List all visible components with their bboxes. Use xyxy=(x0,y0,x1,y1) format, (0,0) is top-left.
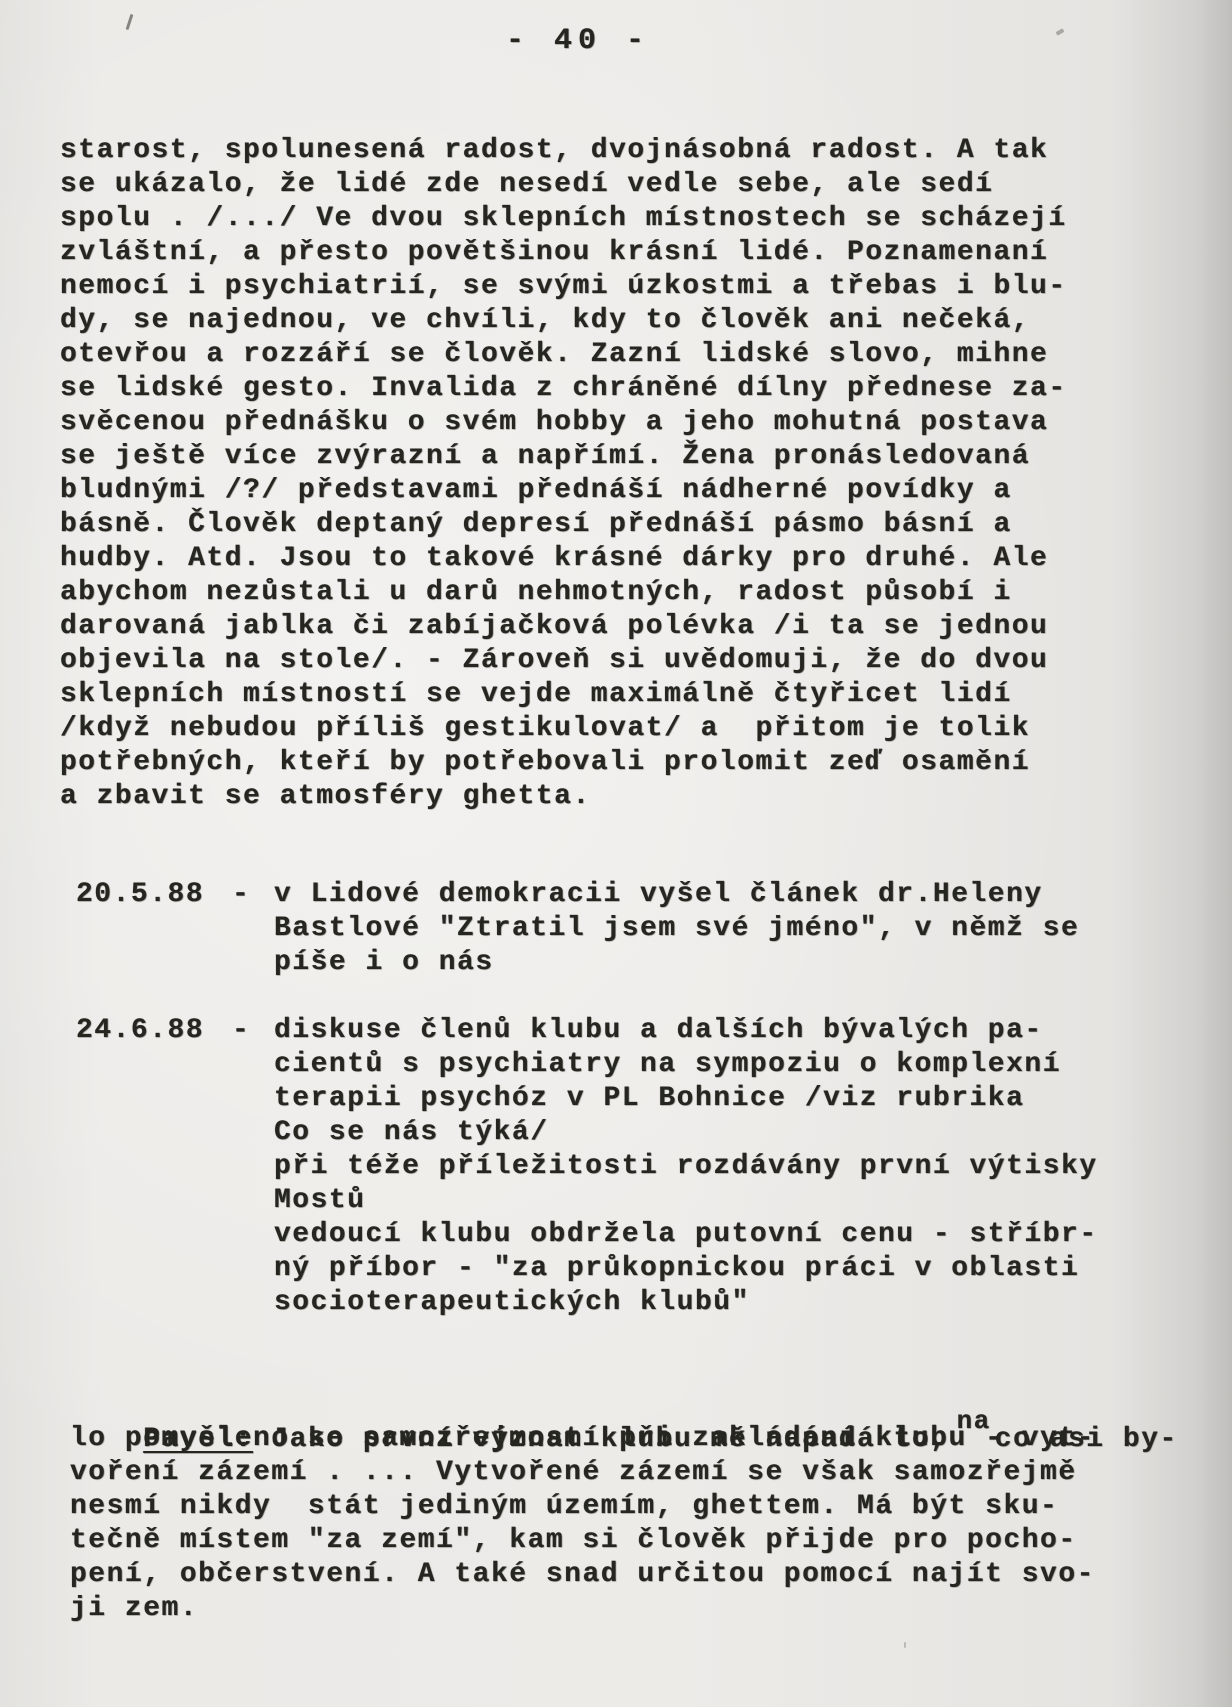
text-line: cientů s psychiatry na sympoziu o komple… xyxy=(274,1048,1136,1082)
text-line: abychom nezůstali u darů nehmotných, rad… xyxy=(60,576,1067,610)
scan-artifact xyxy=(904,1642,906,1648)
entry-body: v Lidové demokracii vyšel článek dr.Hele… xyxy=(274,878,1136,980)
main-paragraph: starost, spolunesená radost, dvojnásobná… xyxy=(60,134,1067,814)
text-line: při téže příležitosti rozdávány první vý… xyxy=(274,1150,1136,1184)
text-line: ji zem. xyxy=(70,1592,1178,1626)
text-line: terapii psychóz v PL Bohnice /viz rubrik… xyxy=(274,1082,1136,1116)
pavel-paragraph: Pavel: Jako první význam klubu mě napadá… xyxy=(70,1388,1178,1626)
text-line: socioterapeutických klubů" xyxy=(274,1286,1136,1320)
text-line: zvláštní, a přesto povětšinou krásní lid… xyxy=(60,236,1067,270)
text-line: starost, spolunesená radost, dvojnásobná… xyxy=(60,134,1067,168)
text-line: voření zázemí . ... Vytvořené zázemí se … xyxy=(70,1456,1178,1490)
text-line: hudby. Atd. Jsou to takové krásné dárky … xyxy=(60,542,1067,576)
text-line: Co se nás týká/ xyxy=(274,1116,1136,1150)
superscript-insertion: na xyxy=(949,1406,995,1436)
text-line: Bastlové "Ztratil jsem své jméno", v něm… xyxy=(274,912,1136,946)
text-line: spolu . /.../ Ve dvou sklepních místnost… xyxy=(60,202,1067,236)
text-line: objevila na stole/. - Zároveň si uvědomu… xyxy=(60,644,1067,678)
text-line: Pavel: Jako první význam klubu mě napadá… xyxy=(70,1388,1178,1422)
text-line: tečně místem "za zemí", kam si člověk př… xyxy=(70,1524,1178,1558)
text-line: Mostů xyxy=(274,1184,1136,1218)
text-line: se lidské gesto. Invalida z chráněné díl… xyxy=(60,372,1067,406)
text-line: svěcenou přednášku o svém hobby a jeho m… xyxy=(60,406,1067,440)
entry-list: 20.5.88 - v Lidové demokracii vyšel člán… xyxy=(76,878,1136,1320)
text-line: darovaná jablka či zabíjačková polévka /… xyxy=(60,610,1067,644)
text-line: potřebných, kteří by potřebovali prolomi… xyxy=(60,746,1067,780)
diary-entry: 24.6.88 - diskuse členů klubu a dalších … xyxy=(76,1014,1136,1320)
scan-artifact xyxy=(126,14,134,30)
text-line: v Lidové demokracii vyšel článek dr.Hele… xyxy=(274,878,1136,912)
text-line: ný příbor - "za průkopnickou práci v obl… xyxy=(274,1252,1136,1286)
text-line: sklepních místností se vejde maximálně č… xyxy=(60,678,1067,712)
text-line: otevřou a rozzáří se člověk. Zazní lidsk… xyxy=(60,338,1067,372)
text-line: vedoucí klubu obdržela putovní cenu - st… xyxy=(274,1218,1136,1252)
text-line: se ukázalo, že lidé zde nesedí vedle seb… xyxy=(60,168,1067,202)
entry-body: diskuse členů klubu a dalších bývalých p… xyxy=(274,1014,1136,1320)
entry-separator: - xyxy=(232,1014,274,1048)
text-line: básně. Člověk deptaný depresí přednáší p… xyxy=(60,508,1067,542)
page-number: - 40 - xyxy=(506,24,650,58)
document-page: { "colors": { "paper": "#e9e8e5", "ink":… xyxy=(0,0,1232,1707)
text-line: pení, občerstvení. A také snad určitou p… xyxy=(70,1558,1178,1592)
text-line: lo pomyšleno se samozřejmostí při zaklád… xyxy=(70,1422,1178,1456)
text-line: dy, se najednou, ve chvíli, kdy to člově… xyxy=(60,304,1067,338)
text-line: /když nebudou příliš gestikulovat/ a při… xyxy=(60,712,1067,746)
entry-date: 20.5.88 xyxy=(76,878,232,912)
diary-entry: 20.5.88 - v Lidové demokracii vyšel člán… xyxy=(76,878,1136,980)
entry-date: 24.6.88 xyxy=(76,1014,232,1048)
scan-artifact xyxy=(1056,28,1065,35)
text-line: se ještě více zvýrazní a napřímí. Žena p… xyxy=(60,440,1067,474)
text-line: píše i o nás xyxy=(274,946,1136,980)
text-line: diskuse členů klubu a dalších bývalých p… xyxy=(274,1014,1136,1048)
text-line: bludnými /?/ představami přednáší nádher… xyxy=(60,474,1067,508)
text-line: nesmí nikdy stát jediným územím, ghettem… xyxy=(70,1490,1178,1524)
text-line: a zbavit se atmosféry ghetta. xyxy=(60,780,1067,814)
entry-separator: - xyxy=(232,878,274,912)
text-line: nemocí i psychiatrií, se svými úzkostmi … xyxy=(60,270,1067,304)
